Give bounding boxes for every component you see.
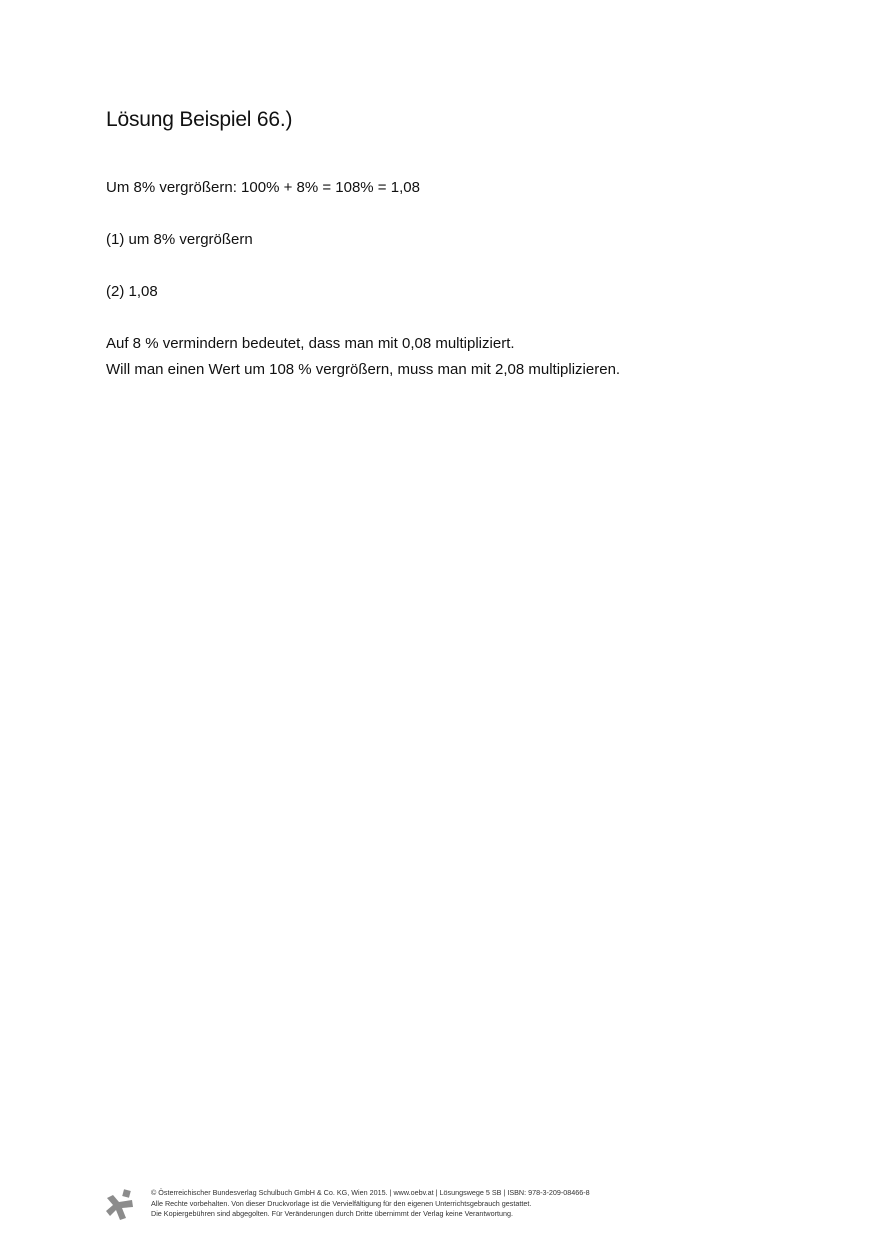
rights-line: Alle Rechte vorbehalten. Von dieser Druc… [151, 1199, 590, 1210]
answer-1: (1) um 8% vergrößern [106, 231, 253, 248]
copyright-line: © Österreichischer Bundesverlag Schulbuc… [151, 1188, 590, 1199]
explanation-line-1: Auf 8 % vermindern bedeutet, dass man mi… [106, 335, 515, 352]
disclaimer-line: Die Kopiergebühren sind abgegolten. Für … [151, 1209, 590, 1220]
calculation-line: Um 8% vergrößern: 100% + 8% = 108% = 1,0… [106, 179, 420, 196]
page-title: Lösung Beispiel 66.) [106, 108, 292, 132]
answer-2: (2) 1,08 [106, 283, 158, 300]
publisher-star-logo-icon [105, 1189, 135, 1221]
page-footer: © Österreichischer Bundesverlag Schulbuc… [105, 1188, 705, 1228]
explanation-line-2: Will man einen Wert um 108 % vergrößern,… [106, 361, 620, 378]
